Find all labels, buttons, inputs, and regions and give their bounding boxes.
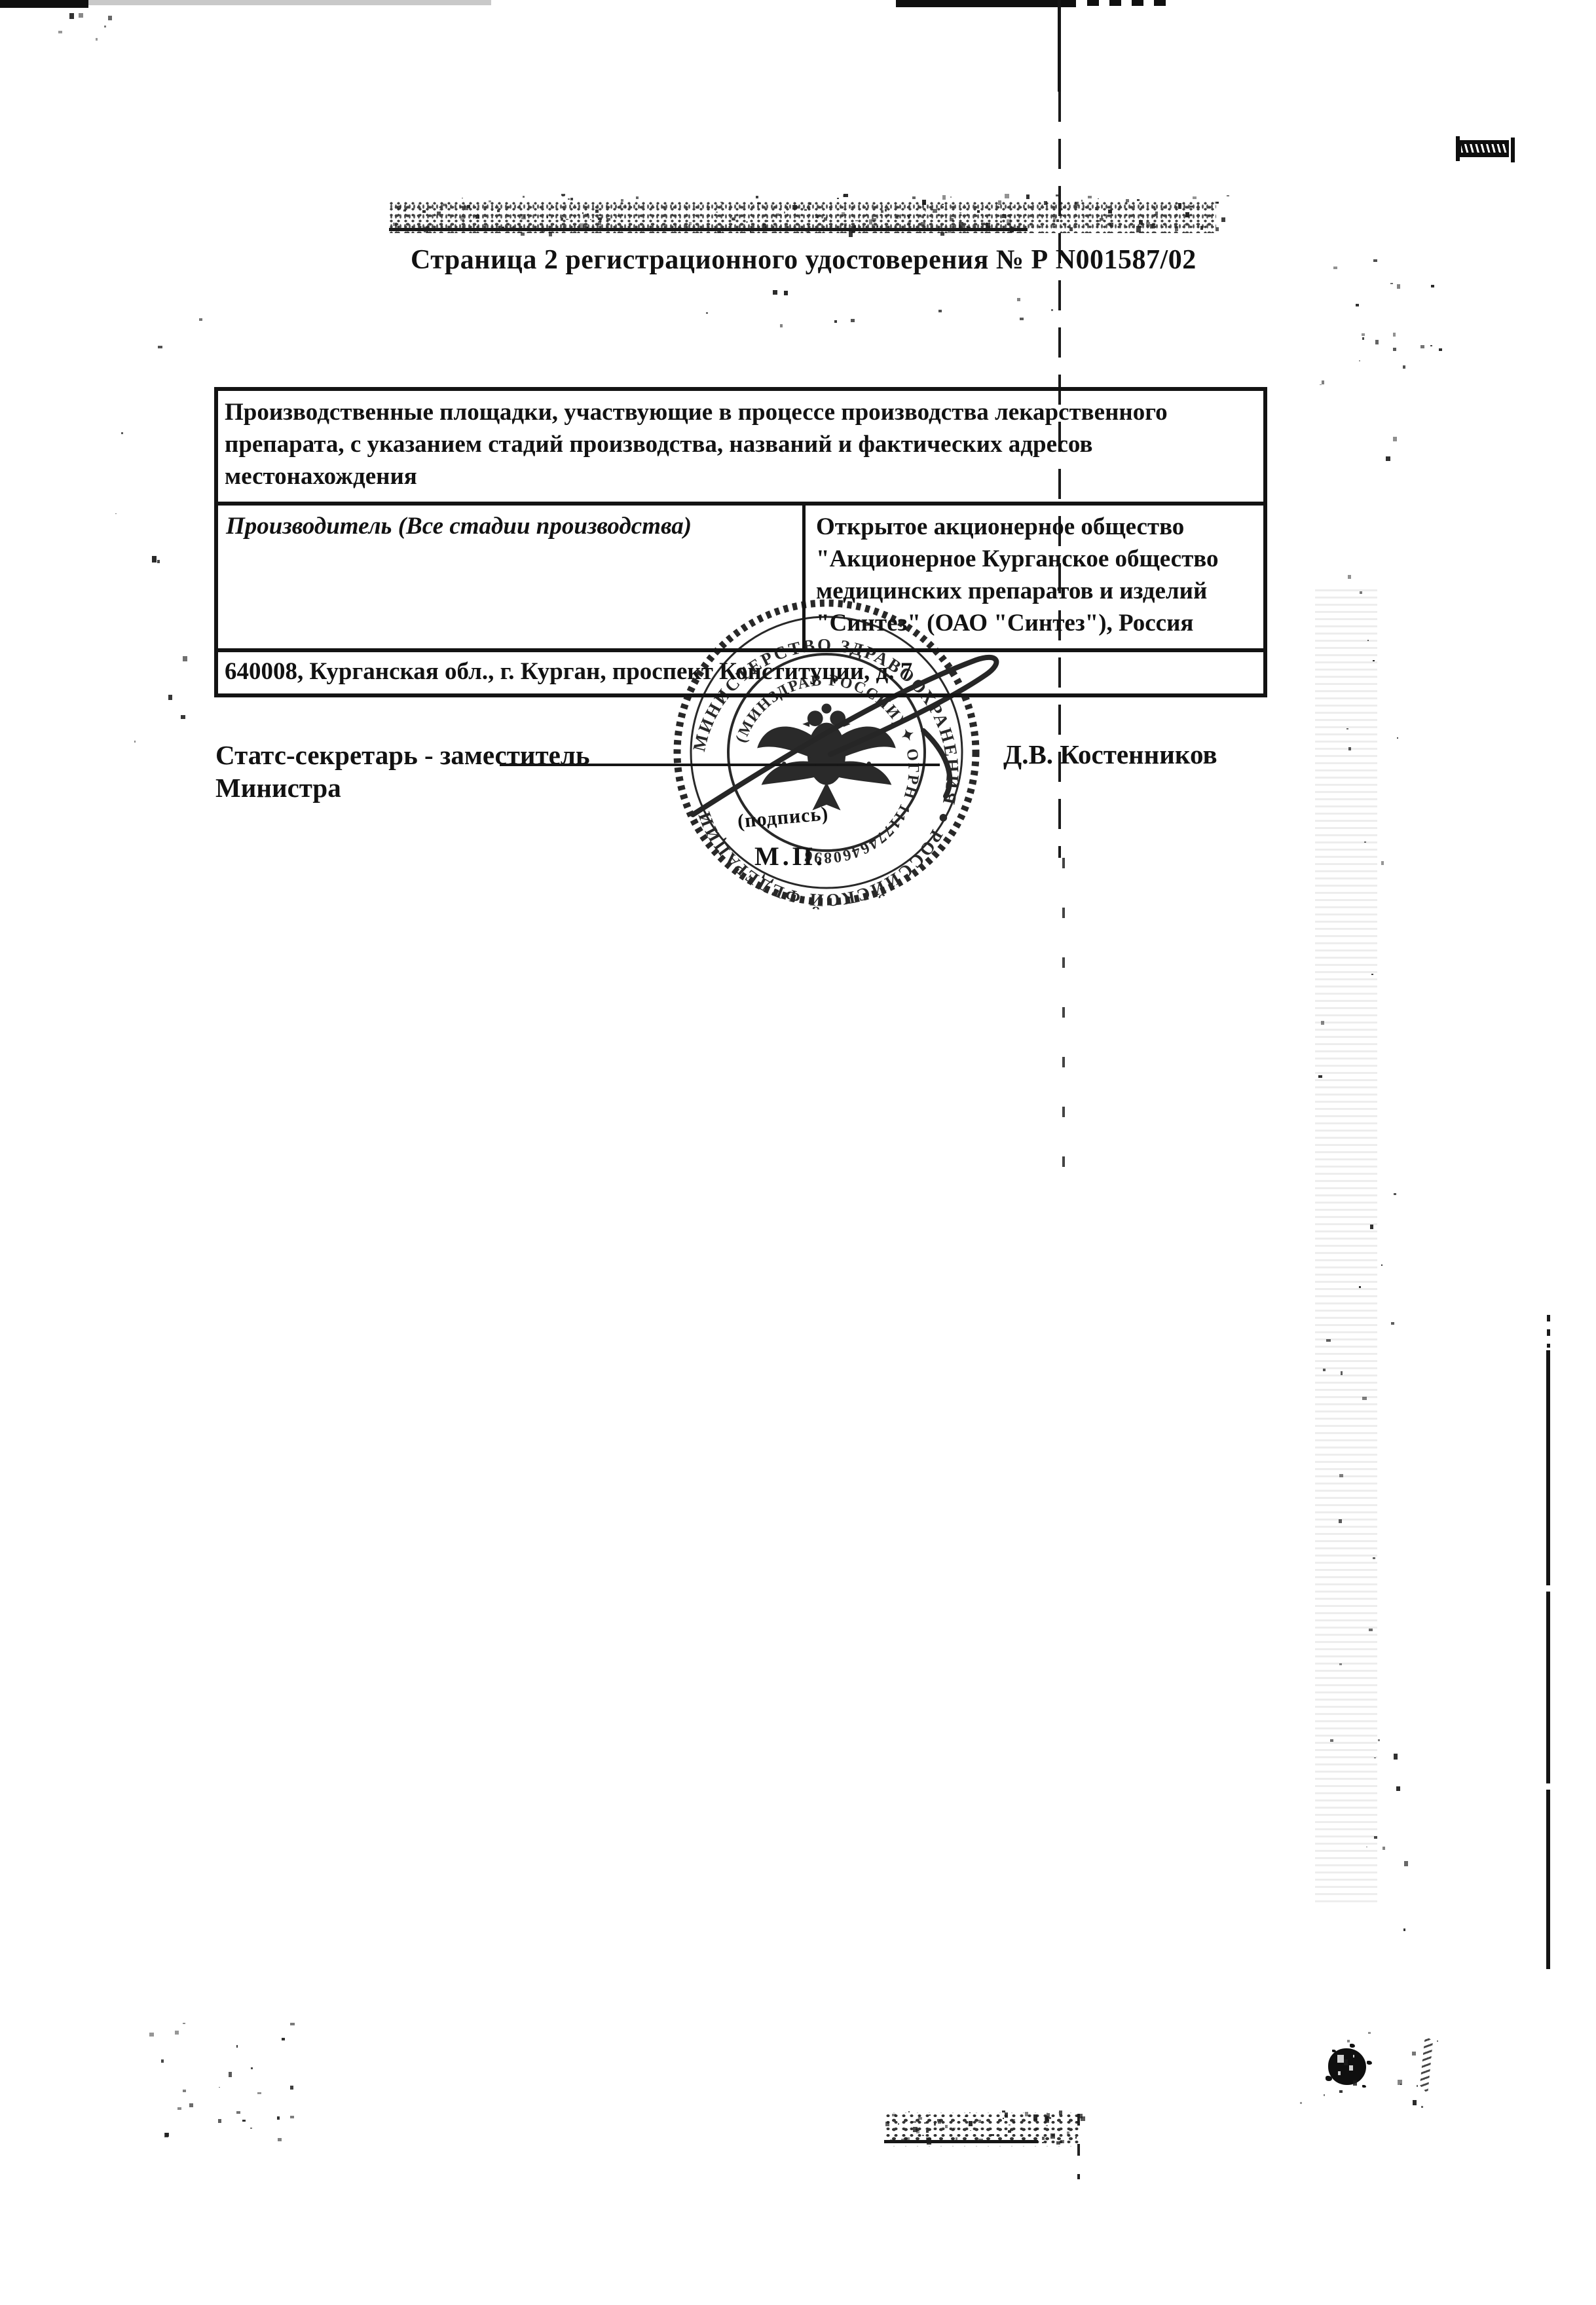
noise-speck	[181, 715, 185, 719]
noise-speck	[1075, 202, 1079, 206]
noise-speck	[706, 312, 708, 314]
noise-speck	[189, 2103, 193, 2107]
noise-speck	[1371, 974, 1373, 975]
noise-speck	[403, 210, 406, 212]
noise-speck	[1009, 214, 1011, 217]
noise-speck	[956, 2137, 957, 2139]
noise-speck	[978, 2120, 981, 2123]
noise-speck	[1050, 2133, 1055, 2139]
noise-speck	[1391, 1322, 1394, 1325]
noise-speck	[443, 204, 447, 206]
noise-speck	[969, 2112, 971, 2113]
noise-speck	[1069, 227, 1073, 231]
noise-speck	[1413, 2100, 1417, 2105]
noise-speck	[938, 310, 942, 312]
noise-speck	[1300, 2102, 1301, 2104]
noise-speck	[1322, 380, 1324, 384]
noise-speck	[977, 210, 980, 213]
page-title: Страница 2 регистрационного удостоверени…	[411, 244, 1197, 276]
noise-speck	[815, 215, 819, 219]
noise-speck	[547, 216, 548, 218]
noise-speck	[908, 221, 911, 225]
noise-speck	[521, 232, 525, 236]
noise-speck	[756, 196, 758, 199]
noise-speck	[1081, 200, 1083, 202]
noise-speck	[837, 198, 839, 199]
noise-speck	[570, 198, 573, 200]
noise-speck	[1126, 199, 1129, 202]
noise-speck	[175, 2031, 178, 2035]
noise-speck	[1003, 2118, 1004, 2119]
noise-speck	[1095, 207, 1097, 210]
noise-speck	[104, 26, 106, 27]
noise-speck	[595, 210, 599, 213]
noise-speck	[921, 222, 925, 227]
noise-speck	[1011, 227, 1014, 230]
noise-speck	[606, 218, 610, 221]
noise-speck	[1339, 1663, 1342, 1665]
noise-speck	[763, 224, 766, 227]
noise-speck	[580, 223, 584, 229]
noise-speck	[121, 432, 123, 434]
noise-speck	[929, 2114, 931, 2116]
noise-speck	[1059, 2111, 1062, 2114]
noise-speck	[1330, 1739, 1333, 1742]
noise-speck	[1012, 206, 1014, 208]
noise-speck	[1026, 194, 1030, 199]
scan-edge-artifact	[1087, 0, 1166, 6]
noise-speck	[1005, 2112, 1008, 2117]
scanned-certificate-page: Страница 2 регистрационного удостоверени…	[0, 0, 1596, 2305]
noise-speck	[1321, 1021, 1324, 1025]
noise-speck	[1344, 2059, 1348, 2065]
noise-speck	[1439, 348, 1443, 351]
noise-speck	[1012, 2119, 1015, 2123]
noise-speck	[1005, 194, 1009, 198]
noise-speck	[618, 213, 620, 215]
noise-speck	[277, 2116, 280, 2120]
noise-speck	[1431, 285, 1434, 287]
fold-crease-line	[1058, 0, 1061, 92]
noise-speck	[183, 2090, 186, 2092]
noise-speck	[1216, 202, 1218, 204]
noise-speck	[948, 231, 952, 233]
noise-speck	[881, 210, 883, 213]
noise-speck	[1216, 227, 1219, 232]
noise-speck	[462, 198, 463, 198]
noise-speck	[621, 199, 623, 202]
noise-speck	[542, 229, 545, 232]
noise-speck	[834, 320, 837, 323]
noise-speck	[568, 198, 570, 200]
noise-speck	[885, 2122, 889, 2126]
noise-speck	[229, 2072, 232, 2077]
noise-speck	[1175, 227, 1178, 231]
noise-speck	[869, 219, 873, 225]
noise-speck	[843, 194, 845, 197]
noise-speck	[393, 223, 397, 226]
noise-speck	[1020, 318, 1023, 320]
noise-speck	[689, 222, 692, 225]
noise-speck	[439, 210, 441, 211]
noise-speck	[1353, 2080, 1357, 2086]
noise-speck	[1396, 1786, 1400, 1791]
noise-speck	[773, 290, 777, 295]
noise-speck	[489, 200, 491, 202]
noise-speck	[885, 209, 887, 212]
noise-speck	[1333, 267, 1337, 269]
noise-speck	[1397, 737, 1398, 738]
noise-speck	[1374, 1758, 1376, 1758]
noise-speck	[1227, 195, 1229, 196]
noise-speck	[776, 213, 779, 217]
noise-speck	[716, 212, 718, 213]
noise-speck	[1185, 212, 1189, 218]
noise-speck	[757, 202, 761, 204]
scan-noise-line	[389, 228, 1028, 231]
signatory-position: Статс-секретарь - заместитель Министра	[215, 739, 590, 804]
noise-speck	[824, 217, 827, 221]
noise-speck	[1056, 219, 1059, 223]
noise-speck	[1359, 360, 1360, 361]
noise-speck	[877, 226, 878, 227]
noise-speck	[806, 228, 809, 232]
noise-speck	[165, 2133, 169, 2137]
noise-speck	[1339, 1519, 1342, 1523]
noise-speck	[794, 213, 796, 214]
noise-speck	[942, 195, 946, 200]
noise-speck	[598, 221, 601, 225]
noise-speck	[925, 210, 926, 211]
noise-speck	[1042, 2142, 1044, 2143]
noise-speck	[1108, 210, 1112, 213]
noise-speck	[152, 556, 157, 562]
noise-speck	[1056, 2141, 1060, 2145]
noise-speck	[1381, 1264, 1383, 1266]
noise-speck	[422, 210, 426, 213]
noise-speck	[1078, 2114, 1083, 2119]
noise-speck	[236, 2111, 240, 2114]
table-header: Производственные площадки, участвующие в…	[218, 391, 1263, 502]
noise-speck	[1098, 220, 1101, 222]
noise-speck	[1339, 1474, 1343, 1477]
noise-speck	[1397, 284, 1400, 289]
noise-speck	[497, 210, 500, 212]
noise-speck	[937, 2119, 940, 2122]
noise-speck	[1356, 304, 1360, 306]
noise-speck	[1375, 340, 1379, 344]
noise-speck	[991, 2134, 994, 2136]
noise-speck	[218, 2119, 221, 2123]
noise-speck	[945, 2125, 948, 2128]
noise-speck	[1381, 861, 1384, 865]
noise-speck	[590, 219, 591, 221]
noise-speck	[398, 206, 401, 210]
noise-speck	[69, 13, 73, 19]
noise-speck	[967, 227, 971, 229]
noise-speck	[912, 2121, 916, 2123]
scan-edge-artifact	[896, 0, 1076, 7]
noise-speck	[746, 221, 748, 223]
noise-speck	[1394, 1754, 1398, 1760]
noise-speck	[1367, 640, 1369, 641]
noise-speck	[1368, 2032, 1371, 2033]
noise-speck	[950, 196, 952, 198]
noise-speck	[219, 2087, 220, 2088]
noise-speck	[1323, 1369, 1326, 1371]
noise-speck	[467, 205, 471, 208]
noise-speck	[922, 2135, 924, 2136]
noise-speck	[918, 2117, 922, 2120]
noise-speck	[1403, 365, 1405, 369]
noise-speck	[250, 2128, 253, 2129]
noise-speck	[809, 202, 811, 205]
noise-speck	[855, 220, 858, 222]
noise-speck	[1369, 1629, 1372, 1631]
noise-speck	[1017, 298, 1020, 302]
noise-speck	[158, 346, 162, 349]
noise-speck	[561, 194, 565, 196]
noise-speck	[1035, 2128, 1037, 2130]
noise-speck	[1088, 196, 1092, 198]
noise-speck	[1033, 2114, 1038, 2120]
noise-speck	[582, 212, 584, 214]
noise-speck	[251, 2067, 252, 2069]
noise-speck	[1348, 575, 1351, 579]
noise-speck	[1347, 2040, 1350, 2042]
noise-speck	[1366, 1847, 1367, 1847]
noise-speck	[892, 2114, 896, 2116]
noise-speck	[1056, 194, 1060, 196]
noise-speck	[970, 2130, 971, 2131]
noise-speck	[981, 223, 985, 225]
fold-crease-line	[1062, 858, 1065, 1198]
noise-speck	[460, 206, 462, 208]
noise-speck	[1393, 437, 1397, 442]
noise-speck	[1362, 337, 1364, 340]
noise-speck	[566, 219, 568, 220]
noise-speck	[720, 202, 723, 203]
noise-speck	[1002, 214, 1006, 219]
fold-crease-line	[1546, 1350, 1550, 1969]
noise-speck	[437, 212, 441, 216]
noise-speck	[115, 513, 117, 514]
noise-speck	[1364, 841, 1366, 843]
scan-edge-artifact	[0, 0, 88, 8]
noise-speck	[636, 196, 639, 198]
noise-speck	[950, 218, 954, 221]
noise-speck	[460, 216, 464, 221]
noise-speck	[1346, 728, 1348, 729]
noise-speck	[1075, 2137, 1077, 2138]
noise-speck	[1150, 224, 1155, 229]
noise-speck	[511, 227, 513, 229]
noise-speck	[1060, 2140, 1064, 2143]
noise-speck	[924, 2122, 927, 2124]
ink-blot	[1328, 2048, 1366, 2085]
noise-speck	[1430, 345, 1432, 346]
noise-speck	[523, 196, 525, 198]
noise-speck	[890, 2139, 895, 2144]
noise-speck	[969, 2121, 973, 2126]
noise-speck	[853, 225, 856, 228]
noise-speck	[849, 231, 853, 237]
noise-speck	[678, 227, 682, 229]
scan-streak	[1315, 589, 1377, 1906]
noise-speck	[934, 2123, 936, 2126]
noise-speck	[96, 38, 98, 40]
noise-speck	[1373, 1557, 1375, 1560]
noise-speck	[732, 217, 735, 220]
noise-speck	[1326, 1339, 1331, 1342]
noise-speck	[587, 227, 589, 229]
noise-speck	[183, 656, 187, 661]
noise-speck	[717, 229, 721, 232]
noise-speck	[1420, 345, 1424, 348]
noise-speck	[257, 2092, 261, 2094]
noise-speck	[908, 215, 910, 219]
registration-mark	[1459, 140, 1509, 157]
noise-speck	[1360, 591, 1362, 594]
noise-speck	[913, 2127, 917, 2133]
noise-speck	[953, 2128, 955, 2130]
noise-speck	[1383, 1847, 1386, 1850]
noise-speck	[157, 560, 160, 562]
noise-speck	[896, 216, 899, 219]
noise-speck	[168, 695, 172, 699]
noise-speck	[1324, 2094, 1325, 2096]
noise-speck	[998, 200, 1001, 205]
noise-speck	[942, 204, 944, 206]
noise-speck	[502, 227, 504, 228]
noise-speck	[1421, 2106, 1423, 2109]
noise-speck	[282, 2038, 285, 2040]
noise-speck	[921, 216, 923, 218]
noise-speck	[851, 319, 855, 322]
noise-speck	[792, 205, 797, 210]
noise-speck	[1200, 226, 1203, 230]
noise-speck	[804, 209, 807, 211]
noise-speck	[1404, 1861, 1408, 1866]
noise-speck	[1359, 1286, 1362, 1288]
noise-speck	[183, 2023, 185, 2024]
noise-speck	[1007, 219, 1011, 225]
noise-speck	[1190, 206, 1193, 208]
noise-speck	[908, 2111, 910, 2113]
noise-speck	[844, 223, 847, 226]
noise-speck	[177, 2107, 181, 2110]
noise-speck	[290, 2023, 295, 2025]
noise-speck	[1403, 1928, 1406, 1931]
noise-speck	[1009, 2124, 1011, 2126]
noise-speck	[1137, 199, 1140, 201]
noise-speck	[1386, 456, 1390, 461]
noise-speck	[1049, 2117, 1052, 2120]
noise-speck	[290, 2116, 294, 2118]
noise-speck	[1002, 2111, 1005, 2112]
noise-speck	[79, 13, 83, 18]
noise-speck	[1393, 348, 1397, 350]
noise-speck	[1139, 220, 1143, 225]
noise-speck	[521, 214, 526, 219]
noise-speck	[1362, 333, 1364, 335]
noise-speck	[1400, 2084, 1401, 2085]
noise-speck	[940, 232, 944, 236]
fold-crease-line	[1547, 1315, 1550, 1348]
noise-speck	[134, 741, 136, 743]
noise-speck	[784, 291, 788, 295]
noise-speck	[933, 209, 937, 212]
eagle-emblem	[757, 703, 896, 810]
ministry-seal-stamp: МИНИСТЕРСТВО ЗДРАВООХРАНЕНИЯ ● РОССИЙСКО…	[663, 595, 1022, 917]
noise-speck	[750, 230, 751, 232]
noise-speck	[290, 2086, 294, 2090]
noise-speck	[965, 2116, 967, 2118]
noise-speck	[1000, 221, 1002, 223]
noise-speck	[587, 213, 588, 215]
signatory-name: Д.В. Костенников	[1003, 739, 1217, 770]
noise-speck	[959, 212, 961, 213]
noise-speck	[549, 232, 552, 236]
noise-speck	[1437, 2040, 1438, 2042]
noise-speck	[1412, 2052, 1416, 2056]
noise-speck	[1373, 259, 1377, 262]
noise-speck	[161, 2059, 164, 2063]
noise-speck	[623, 206, 627, 208]
noise-speck	[898, 2123, 899, 2124]
noise-speck	[1341, 1371, 1343, 1374]
noise-speck	[1178, 203, 1182, 208]
noise-speck	[1221, 217, 1225, 222]
noise-speck	[1417, 2085, 1419, 2088]
noise-speck	[1051, 309, 1053, 311]
noise-speck	[1393, 333, 1396, 337]
noise-speck	[1025, 2112, 1028, 2116]
noise-speck	[922, 200, 925, 205]
noise-speck	[1046, 2125, 1048, 2126]
noise-speck	[842, 212, 845, 215]
noise-speck	[1044, 201, 1047, 205]
noise-speck	[598, 217, 603, 219]
noise-speck	[784, 212, 785, 213]
noise-speck	[442, 214, 443, 215]
noise-speck	[1362, 1397, 1367, 1400]
noise-speck	[926, 2130, 929, 2133]
noise-speck	[199, 318, 202, 321]
signatory-position-line1: Статс-секретарь - заместитель	[215, 739, 590, 771]
noise-speck	[912, 196, 916, 199]
noise-speck	[986, 223, 990, 229]
noise-speck	[1390, 283, 1394, 284]
noise-speck	[807, 208, 809, 209]
noise-speck	[1053, 216, 1056, 220]
noise-speck	[905, 2137, 910, 2141]
noise-speck	[1025, 208, 1026, 210]
noise-speck	[959, 222, 963, 228]
noise-speck	[491, 210, 493, 210]
noise-speck	[108, 16, 112, 20]
scan-edge-artifact	[88, 0, 491, 5]
noise-speck	[561, 217, 563, 221]
noise-speck	[1318, 1075, 1322, 1077]
noise-speck	[1348, 747, 1350, 750]
scan-squiggle	[1420, 2035, 1433, 2094]
noise-speck	[1193, 196, 1197, 199]
noise-speck	[901, 2139, 904, 2141]
noise-speck	[767, 220, 768, 221]
noise-speck	[1394, 1193, 1396, 1195]
noise-speck	[978, 2139, 982, 2141]
